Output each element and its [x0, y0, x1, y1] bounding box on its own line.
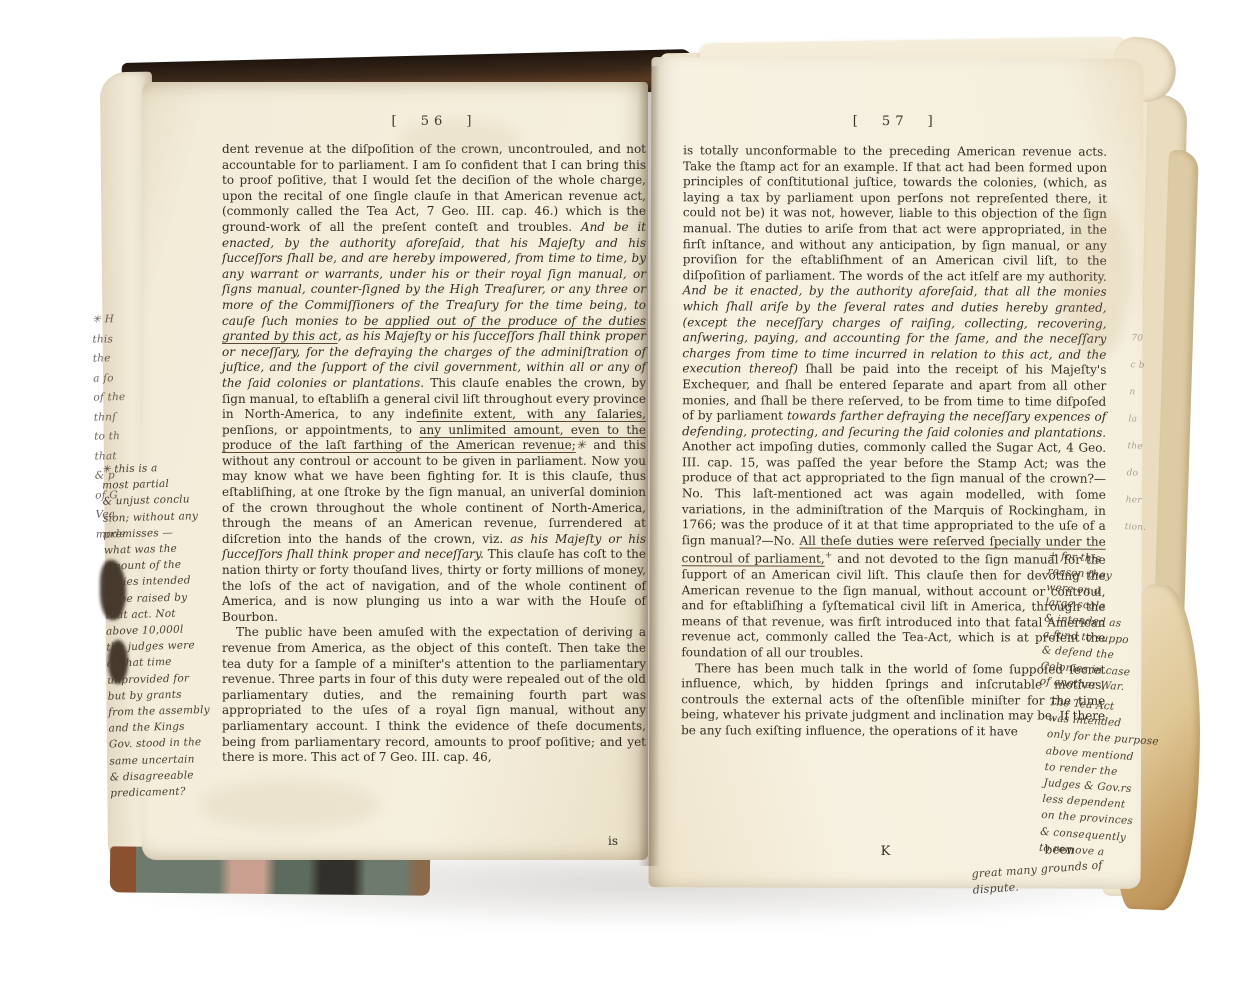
page-57-paragraph-1: is totally unconformable to the precedin… [681, 143, 1107, 662]
page-57-text-column: is totally unconformable to the precedin… [681, 143, 1107, 856]
marginalia-right-note-tea-act: The Tea Actwas intendedonly for the purp… [1038, 694, 1165, 864]
page-stain [400, 120, 520, 160]
page-56-text-column: dent revenue at the diſpoſition of the c… [222, 142, 646, 854]
marginalia-right-note-plus: + for thisreason theywere on alarge scal… [1039, 548, 1155, 697]
catchword-is: is [608, 834, 618, 848]
gutter-shadow [638, 66, 660, 866]
marginalia-left-note: ✳ this is amost partial& unjust conclusi… [102, 458, 233, 801]
gathering-signature-K: K [881, 844, 891, 859]
marginalia-edge-fragments: 70c bnlathedohertion. [1124, 325, 1176, 542]
page-56-paragraph-1: dent revenue at the diſpoſition of the c… [222, 142, 646, 625]
photograph-of-open-book: [ 56 ] dent revenue at the diſpoſition o… [0, 0, 1248, 1005]
page-stain [1060, 200, 1130, 360]
page-number-57: [ 57 ] [683, 113, 1107, 129]
page-56-paragraph-2: The public have been amuſed with the exp… [222, 625, 646, 765]
